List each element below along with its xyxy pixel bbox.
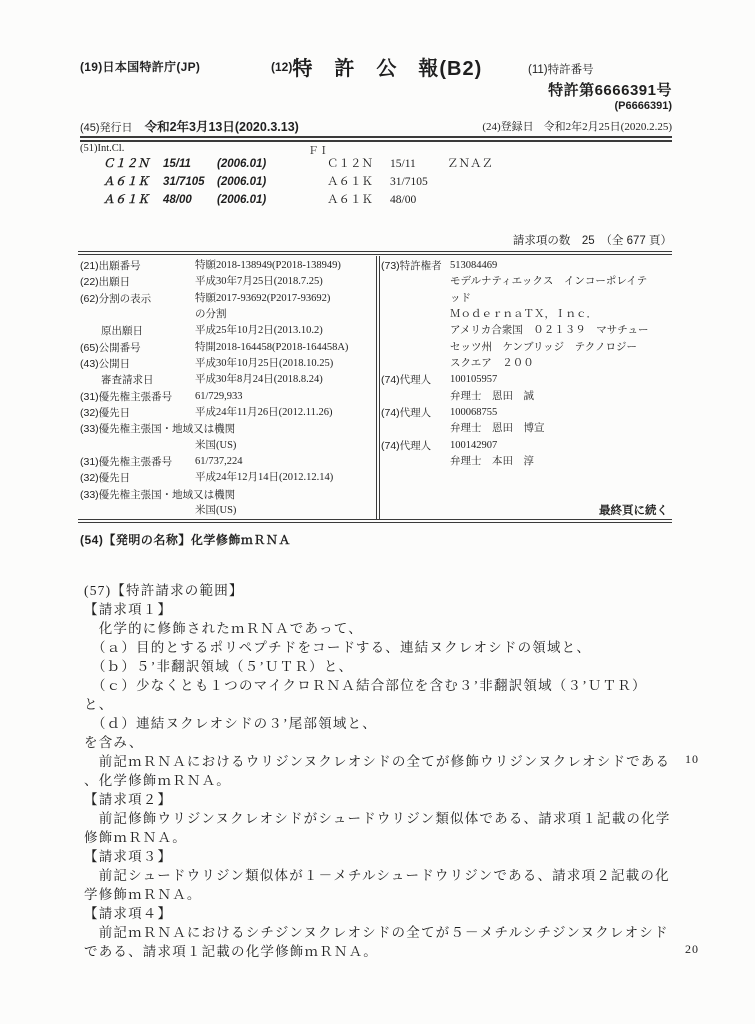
biblio-value xyxy=(195,421,374,437)
biblio-value: 平成30年10月25日(2018.10.25) xyxy=(195,356,374,372)
int-cl-label: (51)Int.Cl. xyxy=(80,143,124,154)
biblio-row: (32)優先日平成24年12月14日(2012.12.14) xyxy=(80,470,374,486)
fi-class: Ｃ１２Ｎ xyxy=(327,155,390,173)
biblio-value: 平成30年7月25日(2018.7.25) xyxy=(195,274,374,290)
claim-text-line: 前記修飾ウリジンヌクレオシドがシュードウリジン類似体である、請求項１記載の化学 xyxy=(84,809,684,828)
biblio-value: 平成24年12月14日(2012.12.14) xyxy=(195,470,374,486)
biblio-row: (33)優先権主張国・地域又は機関 xyxy=(80,487,374,503)
biblio-label: (31)優先権主張番号 xyxy=(80,389,195,405)
fi-class: Ａ６１Ｋ xyxy=(327,191,390,209)
ipc-class: Ａ６１Ｋ xyxy=(103,173,163,191)
claim-text-line: （ｂ）５’非翻訳領域（５’ＵＴＲ）と、 xyxy=(84,657,684,676)
fi-label: ＦＩ xyxy=(308,143,329,158)
biblio-row: (73)特許権者513084469 xyxy=(381,258,671,274)
table-bottom-rule xyxy=(78,519,672,523)
patent-number: 特許第6666391号 xyxy=(548,79,672,100)
fi-subclass: 31/7105 xyxy=(390,173,447,191)
ipc-subclass: 31/7105 xyxy=(163,173,217,191)
document-type-code: (12) xyxy=(271,60,292,74)
biblio-row: の分割 xyxy=(80,307,374,323)
biblio-value: 61/737,224 xyxy=(195,454,374,470)
biblio-label: (65)公開番号 xyxy=(80,340,195,356)
biblio-row: ッド xyxy=(381,291,671,307)
table-column-divider xyxy=(376,256,380,520)
ipc-subclass: 15/11 xyxy=(163,155,217,173)
fi-class: Ａ６１Ｋ xyxy=(327,173,390,191)
biblio-label: (74)代理人 xyxy=(381,405,450,421)
document-type-title: 特 許 公 報(B2) xyxy=(292,58,482,80)
fi-row: Ａ６１Ｋ31/7105 xyxy=(327,173,493,191)
biblio-value: の分割 xyxy=(195,307,374,323)
biblio-label xyxy=(381,307,450,323)
biblio-value: 特願2018-138949(P2018-138949) xyxy=(195,258,374,274)
claim-text-line: 学修飾ｍＲＮＡ。 xyxy=(84,885,684,904)
ipc-row: Ａ６１Ｋ48/00(2006.01) xyxy=(103,191,266,209)
biblio-row: (22)出願日平成30年7月25日(2018.7.25) xyxy=(80,274,374,290)
biblio-value: スクエア ２００ xyxy=(450,356,671,372)
biblio-row: モデルナティエックス インコーポレイテ xyxy=(381,274,671,290)
ipc-row: Ａ６１Ｋ31/7105(2006.01) xyxy=(103,173,266,191)
ipc-class: Ａ６１Ｋ xyxy=(103,191,163,209)
issue-date-label: (45)発行日 xyxy=(80,122,133,134)
continued-on-last-page-note: 最終頁に続く xyxy=(599,502,668,518)
biblio-value: 100142907 xyxy=(450,438,671,454)
claim-text-line: 、化学修飾ｍＲＮＡ。 xyxy=(84,771,684,790)
biblio-label: (33)優先権主張国・地域又は機関 xyxy=(80,487,195,503)
biblio-row: (31)優先権主張番号61/737,224 xyxy=(80,454,374,470)
ipc-version: (2006.01) xyxy=(217,155,266,173)
claim-text-line: （ｃ）少なくとも１つのマイクロＲＮＡ結合部位を含む３’非翻訳領域（３’ＵＴＲ） xyxy=(84,676,684,695)
biblio-label xyxy=(381,323,450,339)
claim-text-line: 前記ｍＲＮＡにおけるウリジンヌクレオシドの全てが修飾ウリジンヌクレオシドである xyxy=(84,752,684,771)
biblio-value: モデルナティエックス インコーポレイテ xyxy=(450,274,671,290)
claim-text-line: である、請求項１記載の化学修飾ｍＲＮＡ。 xyxy=(84,942,684,961)
biblio-row: 原出願日平成25年10月2日(2013.10.2) xyxy=(80,323,374,339)
biblio-row: (32)優先日平成24年11月26日(2012.11.26) xyxy=(80,405,374,421)
biblio-value: 平成30年8月24日(2018.8.24) xyxy=(195,372,374,388)
ipc-class: Ｃ１２Ｎ xyxy=(103,155,163,173)
margin-line-number-20: 20 xyxy=(685,942,699,957)
biblio-row: ＭｏｄｅｒｎａＴＸ，Ｉｎｃ． xyxy=(381,307,671,323)
biblio-label: (21)出願番号 xyxy=(80,258,195,274)
biblio-row: 審査請求日平成30年8月24日(2018.8.24) xyxy=(80,372,374,388)
issue-date-value: 令和2年3月13日(2020.3.13) xyxy=(145,120,299,134)
biblio-right-column: (73)特許権者513084469 モデルナティエックス インコーポレイテ ッド… xyxy=(381,258,671,470)
claim-text-line: と、 xyxy=(84,695,684,714)
claim-text-line: 前記ｍＲＮＡにおけるシチジンヌクレオシドの全てが５－メチルシチジンヌクレオシド xyxy=(84,923,684,942)
claim-text-line: 化学的に修飾されたｍＲＮＡであって、 xyxy=(84,619,684,638)
biblio-row: (33)優先権主張国・地域又は機関 xyxy=(80,421,374,437)
biblio-label: (62)分割の表示 xyxy=(80,291,195,307)
biblio-value: セッツ州 ケンブリッジ テクノロジー xyxy=(450,340,671,356)
claim-4-heading: 【請求項４】 xyxy=(84,904,684,923)
biblio-value: ＭｏｄｅｒｎａＴＸ，Ｉｎｃ． xyxy=(450,307,671,323)
biblio-label: (31)優先権主張番号 xyxy=(80,454,195,470)
biblio-row: アメリカ合衆国 ０２１３９ マサチュー xyxy=(381,323,671,339)
biblio-label: (32)優先日 xyxy=(80,470,195,486)
patent-number-label: (11)特許番号 xyxy=(528,61,594,77)
patent-number-code: (P6666391) xyxy=(615,100,673,112)
biblio-value: 平成24年11月26日(2012.11.26) xyxy=(195,405,374,421)
biblio-value: 弁理士 恩田 誠 xyxy=(450,389,671,405)
fi-suffix: ＺＮＡＺ xyxy=(447,155,493,173)
claim-text-line: を含み、 xyxy=(84,733,684,752)
fi-subclass: 15/11 xyxy=(390,155,447,173)
biblio-row: (65)公開番号特開2018-164458(P2018-164458A) xyxy=(80,340,374,356)
ipc-version: (2006.01) xyxy=(217,191,266,209)
registration-date-label: (24)登録日 xyxy=(482,121,533,133)
claim-3-heading: 【請求項３】 xyxy=(84,847,684,866)
registration-date-line: (24)登録日令和2年2月25日(2020.2.25) xyxy=(482,118,672,134)
biblio-value: 平成25年10月2日(2013.10.2) xyxy=(195,323,374,339)
biblio-row: (31)優先権主張番号61/729,933 xyxy=(80,389,374,405)
biblio-label xyxy=(381,340,450,356)
biblio-value: 米国(US) xyxy=(195,438,374,454)
biblio-label xyxy=(381,274,450,290)
biblio-row: (74)代理人100068755 xyxy=(381,405,671,421)
biblio-row: セッツ州 ケンブリッジ テクノロジー xyxy=(381,340,671,356)
biblio-label xyxy=(381,454,450,470)
fi-table: Ｃ１２Ｎ15/11ＺＮＡＺ Ａ６１Ｋ31/7105 Ａ６１Ｋ48/00 xyxy=(327,155,493,210)
biblio-value: 米国(US) xyxy=(195,503,374,519)
fi-subclass: 48/00 xyxy=(390,191,447,209)
claim-1-heading: 【請求項１】 xyxy=(84,600,684,619)
patent-gazette-page: (19)日本国特許庁(JP) (12)特 許 公 報(B2) (11)特許番号 … xyxy=(0,0,755,1024)
issue-date-line: (45)発行日令和2年3月13日(2020.3.13) xyxy=(80,117,299,135)
ipc-version: (2006.01) xyxy=(217,173,266,191)
claim-text-line: 修飾ｍＲＮＡ。 xyxy=(84,828,684,847)
biblio-value: 弁理士 恩田 博宣 xyxy=(450,421,671,437)
claim-text-line: （ａ）目的とするポリペプチドをコードする、連結ヌクレオシドの領域と、 xyxy=(84,638,684,657)
biblio-value: 特願2017-93692(P2017-93692) xyxy=(195,291,374,307)
ipc-subclass: 48/00 xyxy=(163,191,217,209)
biblio-label: 原出願日 xyxy=(80,323,195,339)
biblio-row: スクエア ２００ xyxy=(381,356,671,372)
biblio-label: (73)特許権者 xyxy=(381,258,450,274)
biblio-row: (43)公開日平成30年10月25日(2018.10.25) xyxy=(80,356,374,372)
table-top-rule xyxy=(78,251,672,255)
biblio-label xyxy=(80,307,195,323)
biblio-row: 米国(US) xyxy=(80,438,374,454)
fi-row: Ｃ１２Ｎ15/11ＺＮＡＺ xyxy=(327,155,493,173)
claims-section: (57)【特許請求の範囲】 【請求項１】 化学的に修飾されたｍＲＮＡであって、 … xyxy=(84,581,684,961)
biblio-label: (74)代理人 xyxy=(381,372,450,388)
biblio-value: 弁理士 本田 淳 xyxy=(450,454,671,470)
biblio-label: (74)代理人 xyxy=(381,438,450,454)
biblio-row: (21)出願番号特願2018-138949(P2018-138949) xyxy=(80,258,374,274)
biblio-value: 100068755 xyxy=(450,405,671,421)
biblio-value: 61/729,933 xyxy=(195,389,374,405)
patent-office: (19)日本国特許庁(JP) xyxy=(80,58,200,75)
biblio-row: (74)代理人100142907 xyxy=(381,438,671,454)
header-divider xyxy=(80,136,672,142)
biblio-row: (74)代理人100105957 xyxy=(381,372,671,388)
claim-2-heading: 【請求項２】 xyxy=(84,790,684,809)
biblio-value: アメリカ合衆国 ０２１３９ マサチュー xyxy=(450,323,671,339)
document-type: (12)特 許 公 報(B2) xyxy=(271,52,482,81)
biblio-value: 特開2018-164458(P2018-164458A) xyxy=(195,340,374,356)
biblio-label: 審査請求日 xyxy=(80,372,195,388)
margin-line-number-10: 10 xyxy=(685,752,699,767)
invention-title-line: (54)【発明の名称】化学修飾ｍＲＮＡ xyxy=(80,531,291,548)
biblio-value xyxy=(195,487,374,503)
biblio-label: (43)公開日 xyxy=(80,356,195,372)
biblio-value: 100105957 xyxy=(450,372,671,388)
biblio-label xyxy=(381,291,450,307)
biblio-label: (32)優先日 xyxy=(80,405,195,421)
biblio-label xyxy=(80,503,195,519)
biblio-value: ッド xyxy=(450,291,671,307)
biblio-label xyxy=(381,421,450,437)
biblio-label xyxy=(80,438,195,454)
biblio-row: 弁理士 本田 淳 xyxy=(381,454,671,470)
biblio-row: 米国(US) xyxy=(80,503,374,519)
registration-date-value: 令和2年2月25日(2020.2.25) xyxy=(544,121,672,133)
biblio-left-column: (21)出願番号特願2018-138949(P2018-138949) (22)… xyxy=(80,258,374,520)
claims-count: 請求項の数 25 （全 677 頁） xyxy=(513,232,672,248)
fi-row: Ａ６１Ｋ48/00 xyxy=(327,191,493,209)
biblio-row: 弁理士 恩田 博宣 xyxy=(381,421,671,437)
biblio-row: 弁理士 恩田 誠 xyxy=(381,389,671,405)
ipc-row: Ｃ１２Ｎ15/11(2006.01) xyxy=(103,155,266,173)
biblio-row: (62)分割の表示特願2017-93692(P2017-93692) xyxy=(80,291,374,307)
claim-text-line: 前記シュードウリジン類似体が１－メチルシュードウリジンである、請求項２記載の化 xyxy=(84,866,684,885)
ipc-table: Ｃ１２Ｎ15/11(2006.01) Ａ６１Ｋ31/7105(2006.01) … xyxy=(103,155,266,210)
claim-text-line: （ｄ）連結ヌクレオシドの３’尾部領域と、 xyxy=(84,714,684,733)
biblio-label xyxy=(381,389,450,405)
biblio-label: (22)出願日 xyxy=(80,274,195,290)
biblio-label xyxy=(381,356,450,372)
claims-heading: (57)【特許請求の範囲】 xyxy=(84,581,684,600)
biblio-value: 513084469 xyxy=(450,258,671,274)
biblio-label: (33)優先権主張国・地域又は機関 xyxy=(80,421,195,437)
